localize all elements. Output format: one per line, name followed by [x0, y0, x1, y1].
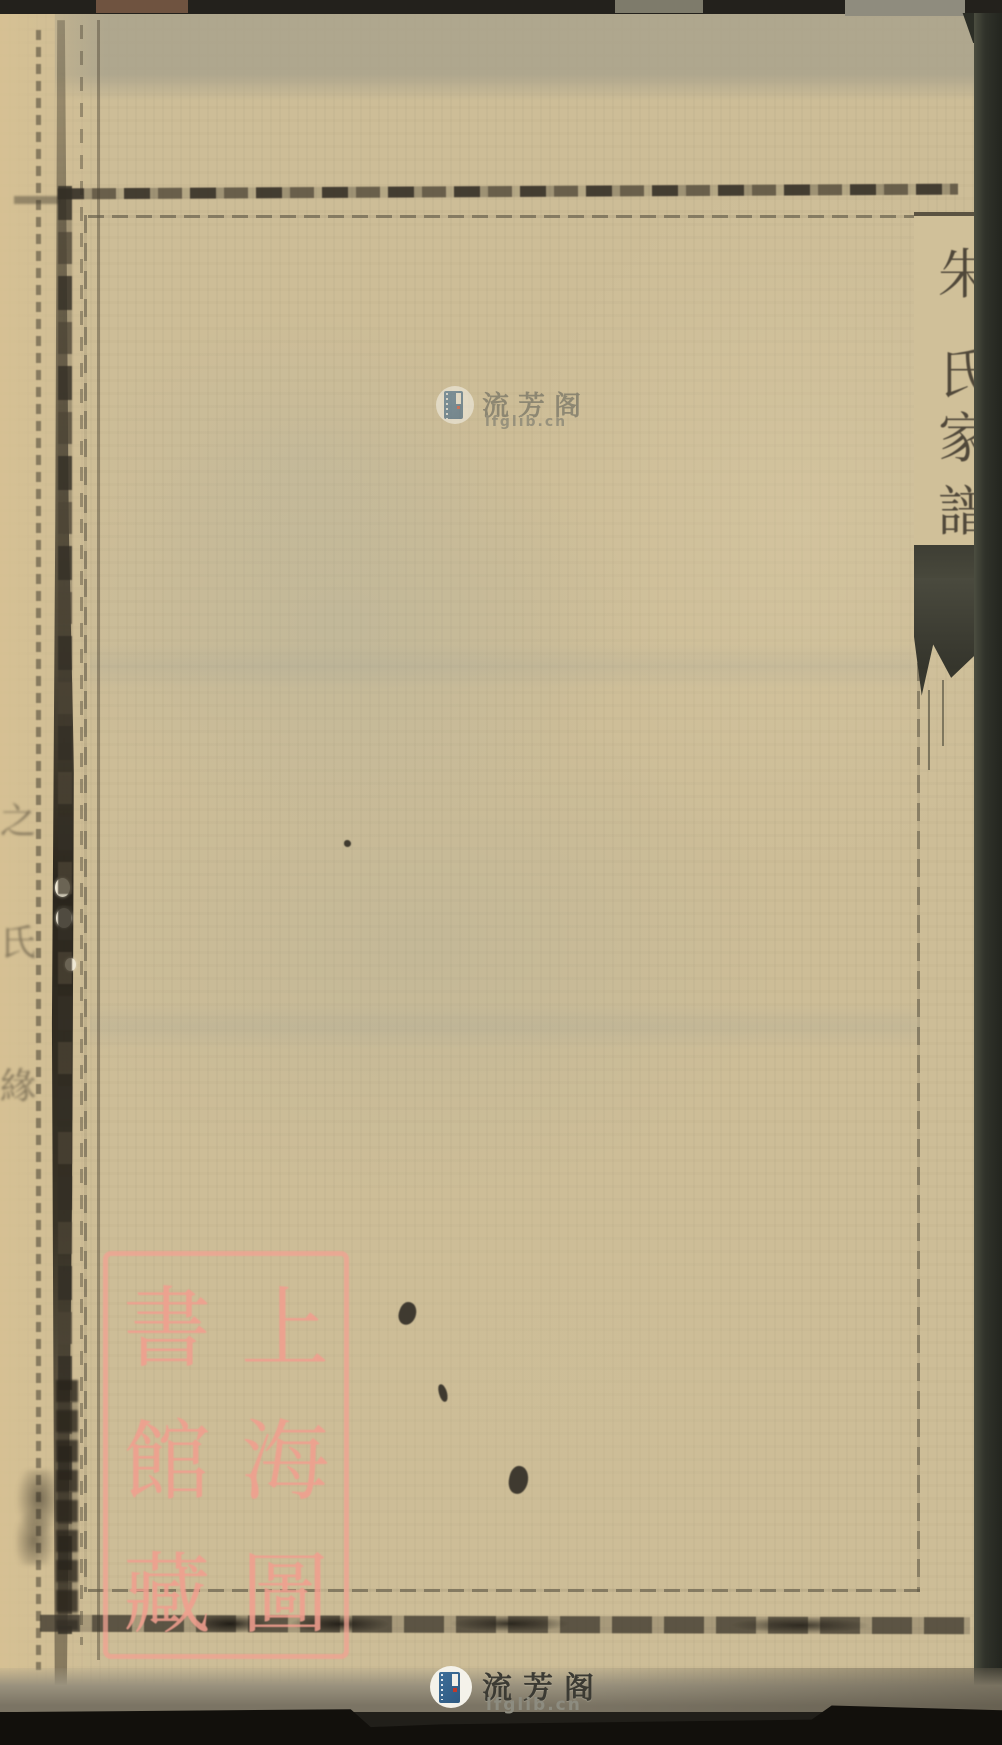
spine-stitch-line	[36, 30, 41, 1670]
book-stitch-detail	[446, 393, 448, 419]
fragment-title-char: 朱	[938, 240, 978, 310]
photo-edge-patch	[845, 0, 965, 16]
seal-char: 書	[108, 1256, 226, 1389]
book-stitch-detail	[441, 1674, 443, 1700]
paper-crease	[90, 643, 920, 689]
paper-top-discoloration	[55, 13, 1002, 101]
photo-edge-patch	[96, 0, 188, 13]
book-seal-detail	[453, 1688, 457, 1692]
watermark-site-domain: lfglib.cn	[486, 1695, 582, 1715]
watermark-logo-circle	[430, 1666, 472, 1708]
book-label-detail	[452, 1674, 458, 1686]
seal-char: 館	[108, 1389, 226, 1522]
watermark-site-domain: lfglib.cn	[485, 414, 567, 430]
blue-book-icon	[444, 391, 463, 419]
book-scan-photo: 之 氏 緣 朱 氏 家 譜 上 海 圖 書 館 藏	[0, 0, 1002, 1745]
watermark-center: 流芳阁 lfglib.cn	[436, 384, 606, 436]
frame-border-top-bleed	[14, 196, 60, 204]
fragment-title-char: 譜	[938, 477, 978, 547]
book-seal-detail	[457, 406, 460, 409]
fragment-frame-line	[914, 212, 976, 216]
fragment-title-char: 氏	[938, 340, 978, 410]
paper-crease	[90, 1003, 920, 1049]
fragment-title-char: 家	[938, 404, 978, 474]
watermark-bottom: 流芳阁 lfglib.cn	[430, 1663, 630, 1717]
bleedthrough-glyph: 緣	[0, 1058, 46, 1109]
ink-speck	[344, 840, 351, 847]
torn-edge-fiber	[942, 680, 944, 746]
spine-fold-line	[80, 25, 83, 1645]
spine-fold-line	[97, 20, 100, 1660]
frame-border-left-smudge	[56, 1380, 78, 1630]
library-collection-seal: 上 海 圖 書 館 藏	[103, 1251, 349, 1659]
bleedthrough-glyph: 氏	[0, 915, 46, 966]
seal-column-right: 上 海 圖	[226, 1256, 344, 1654]
photo-edge-patch	[615, 0, 703, 13]
blue-book-icon	[439, 1672, 460, 1703]
watermark-logo-circle	[436, 386, 474, 424]
seal-column-left: 書 館 藏	[108, 1256, 226, 1654]
seal-char: 藏	[108, 1521, 226, 1654]
adjacent-page-fragment: 朱 氏 家 譜	[914, 212, 978, 548]
inner-border-top	[88, 215, 920, 218]
book-label-detail	[456, 393, 461, 404]
photo-right-edge	[974, 13, 1002, 1745]
seal-char: 海	[226, 1389, 344, 1522]
torn-edge-fiber	[928, 690, 930, 770]
bleedthrough-glyph: 之	[0, 793, 46, 844]
seal-char: 圖	[226, 1521, 344, 1654]
inner-border-left	[84, 215, 87, 1592]
seal-char: 上	[226, 1256, 344, 1389]
